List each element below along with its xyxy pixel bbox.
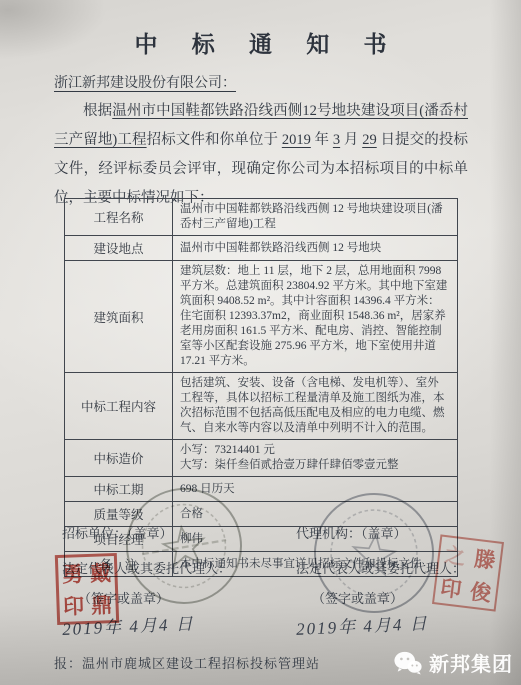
agency-unit-label: 代理机构：（盖章） bbox=[296, 523, 518, 542]
underlined-text: 29 bbox=[362, 132, 377, 148]
watermark: 新邦集团 bbox=[394, 648, 513, 677]
document-title: 中 标 通 知 书 bbox=[0, 26, 521, 59]
row-value: 建筑层数：地上 11 层，地下 2 层，总用地面积 7998 平方米。总建筑面积… bbox=[173, 261, 458, 373]
plain-text: 月 bbox=[340, 132, 362, 148]
table-row: 中标造价小写：73214401 元 大写：柒仟叁佰贰拾壹万肆仟肆佰零壹元整 bbox=[65, 440, 458, 477]
intro-paragraph: 根据温州市中国鞋都铁路沿线西侧12号地块建设项目(潘岙村三产留地)工程招标文件和… bbox=[54, 97, 468, 213]
row-value: 包括建筑、安装、设备（含电梯、发电机等）、室外工程等，具体以招标工程量清单及施工… bbox=[173, 373, 458, 440]
agency-sign-label: （签字或盖章） bbox=[296, 588, 518, 607]
agency-agent-label: 法定代表人或其委托代理人： bbox=[296, 558, 518, 577]
row-label: 建设地点 bbox=[65, 236, 173, 261]
row-value: 小写：73214401 元 大写：柒仟叁佰贰拾壹万肆仟肆佰零壹元整 bbox=[173, 440, 458, 477]
row-value: 温州市中国鞋都铁路沿线西侧 12 号地块建设项目(潘岙村三产留地)工程 bbox=[173, 199, 458, 236]
row-label: 建筑面积 bbox=[65, 261, 173, 373]
agency-handwritten-date: 2019年 4月4 日 bbox=[296, 605, 519, 640]
tenderer-handwritten-date: 2019年 4月4 日 bbox=[62, 605, 295, 640]
report-line: 报：温州市鹿城区建设工程招标投标管理站 bbox=[54, 653, 320, 672]
table-row: 中标工程内容包括建筑、安装、设备（含电梯、发电机等）、室外工程等，具体以招标工程… bbox=[65, 373, 458, 440]
award-table-body: 工程名称温州市中国鞋都铁路沿线西侧 12 号地块建设项目(潘岙村三产留地)工程建… bbox=[65, 199, 458, 577]
tenderer-unit-label: 招标单位：（盖章） bbox=[62, 523, 294, 542]
table-row: 建筑面积建筑层数：地上 11 层，地下 2 层，总用地面积 7998 平方米。总… bbox=[65, 261, 458, 373]
recipient-company: 浙江新邦建设股份有限公司： bbox=[54, 72, 236, 92]
row-value: 698 日历天 bbox=[173, 477, 458, 502]
table-row: 中标工期698 日历天 bbox=[65, 477, 458, 502]
row-label: 中标工程内容 bbox=[65, 373, 173, 440]
tenderer-sign-label: （签字或盖章） bbox=[62, 588, 294, 607]
wechat-icon bbox=[394, 651, 422, 675]
row-label: 中标工期 bbox=[65, 477, 173, 502]
plain-text: 年 bbox=[311, 132, 333, 148]
award-table: 工程名称温州市中国鞋都铁路沿线西侧 12 号地块建设项目(潘岙村三产留地)工程建… bbox=[64, 198, 458, 577]
row-value: 温州市中国鞋都铁路沿线西侧 12 号地块 bbox=[173, 236, 458, 261]
document-photo: 中 标 通 知 书 浙江新邦建设股份有限公司： 根据温州市中国鞋都铁路沿线西侧1… bbox=[0, 0, 521, 685]
row-label: 中标造价 bbox=[65, 440, 173, 477]
watermark-text: 新邦集团 bbox=[429, 648, 513, 677]
agency-signature-block: 代理机构：（盖章） 法定代表人或其委托代理人： （签字或盖章） 2019年 4月… bbox=[296, 523, 518, 635]
row-label: 工程名称 bbox=[65, 199, 173, 236]
tenderer-signature-block: 招标单位：（盖章） 法定代表人或其委托代理人： （签字或盖章） 2019年 4月… bbox=[62, 523, 294, 635]
tenderer-agent-label: 法定代表人或其委托代理人： bbox=[62, 558, 294, 577]
plain-text: 招标文件和你单位于 bbox=[147, 132, 282, 148]
underlined-text: 2019 bbox=[282, 132, 311, 148]
table-row: 工程名称温州市中国鞋都铁路沿线西侧 12 号地块建设项目(潘岙村三产留地)工程 bbox=[65, 199, 458, 236]
plain-text: 根据 bbox=[83, 103, 112, 119]
table-row: 建设地点温州市中国鞋都铁路沿线西侧 12 号地块 bbox=[65, 236, 458, 261]
